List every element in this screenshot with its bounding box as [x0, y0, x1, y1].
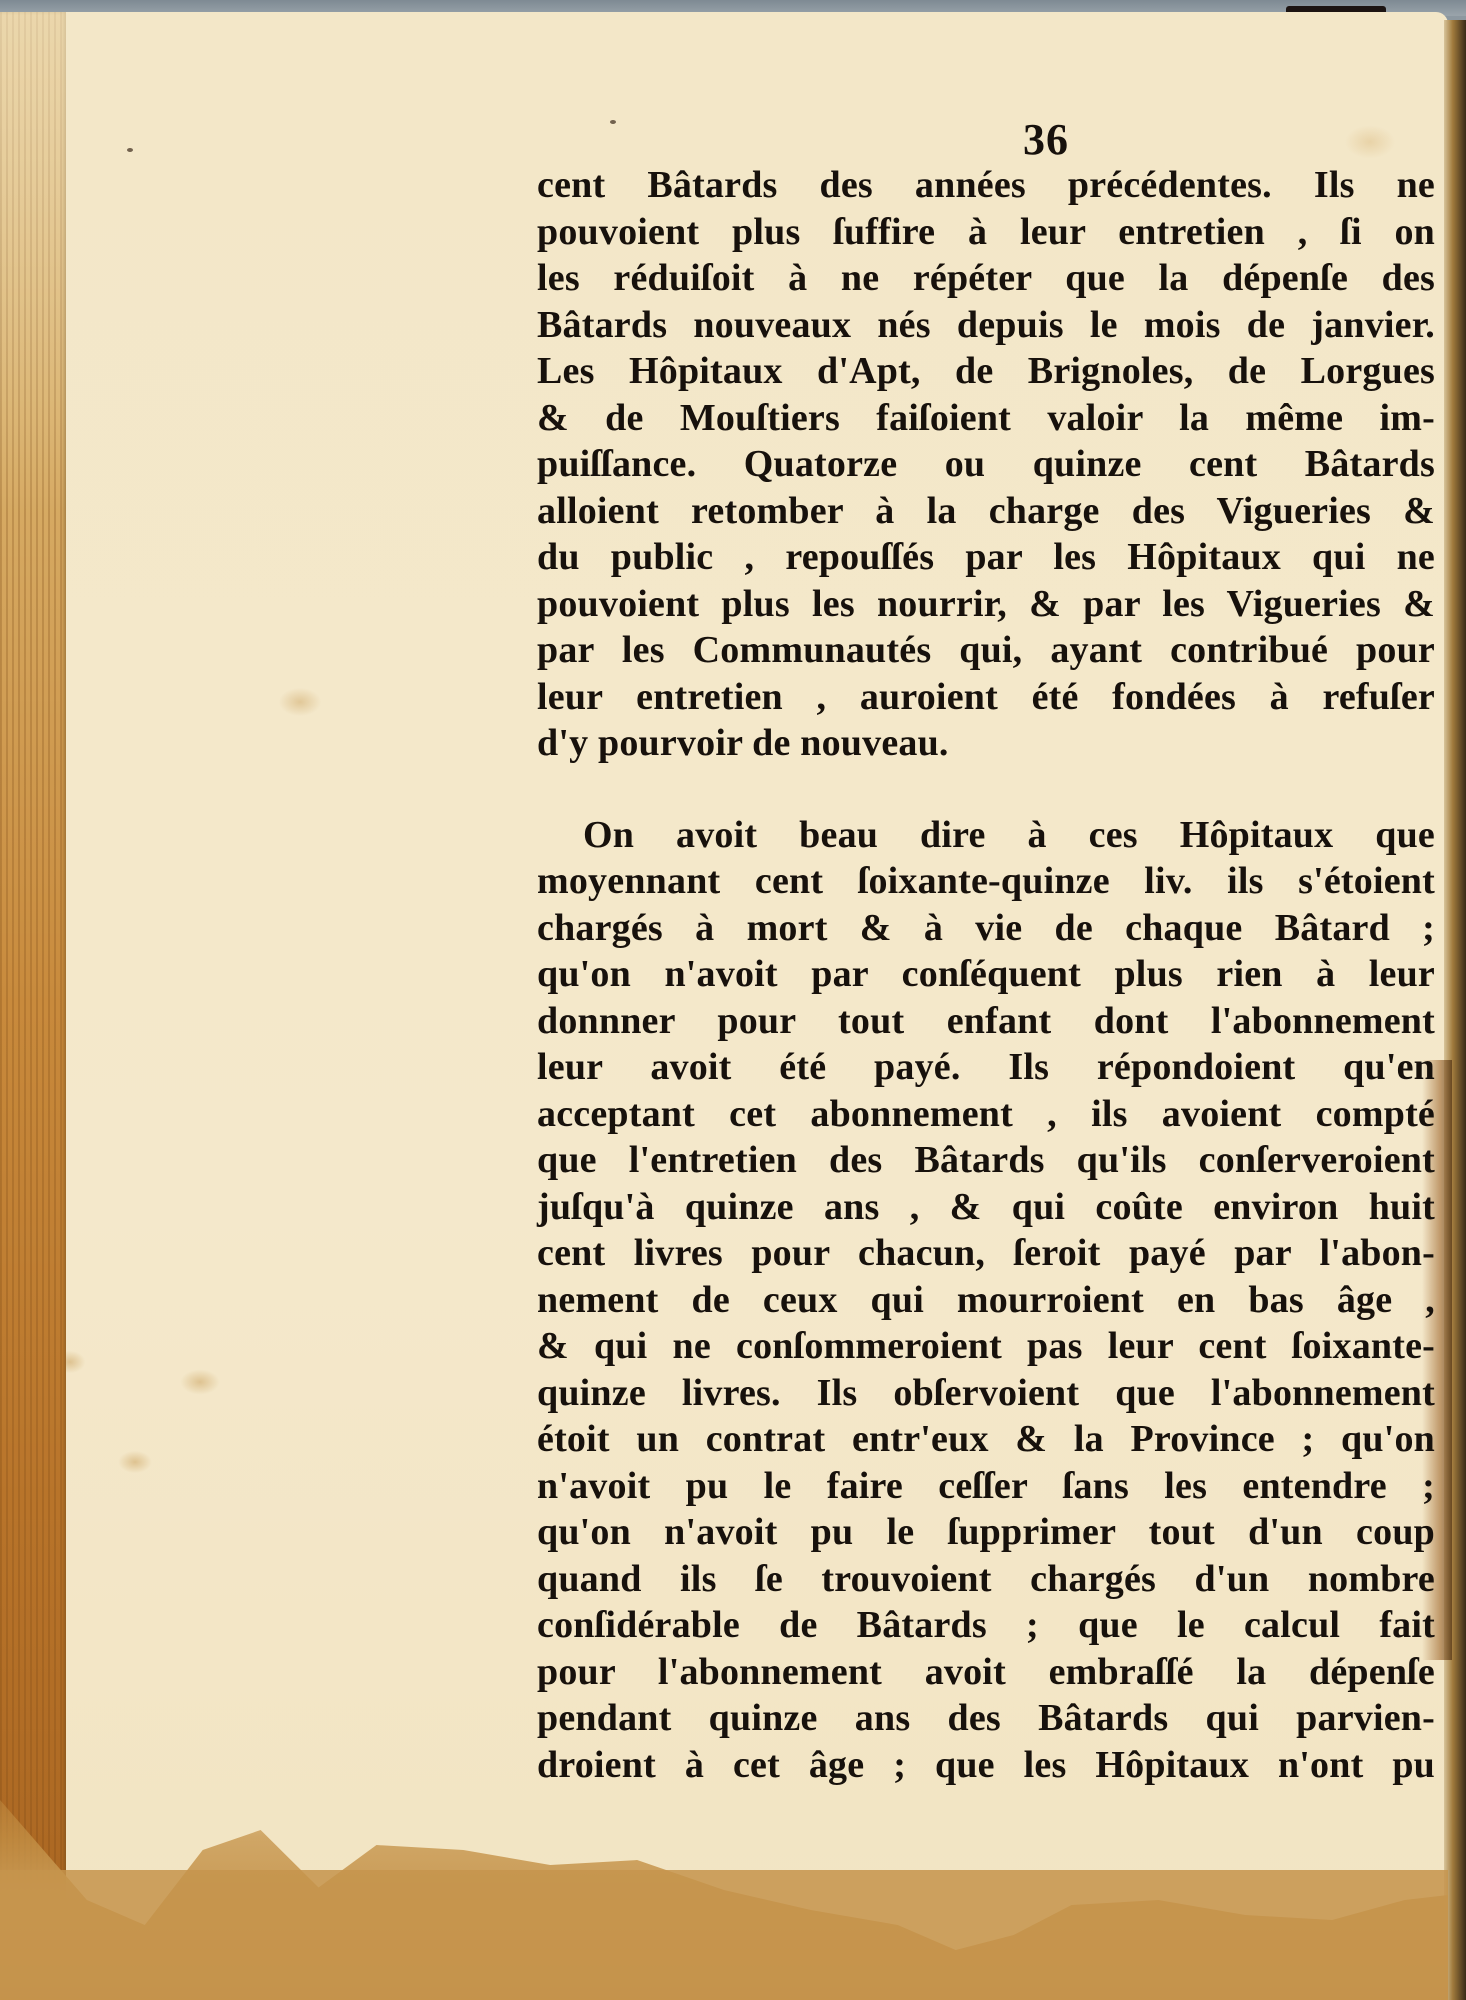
paragraph-1: cent Bâtards des années précédentes. Ils… [537, 162, 1435, 767]
text-line: leur avoit été payé. Ils répondoient qu'… [537, 1044, 1435, 1091]
text-line: conſidérable de Bâtards ; que le calcul … [537, 1602, 1435, 1649]
text-line: puiſſance. Quatorze ou quinze cent Bâtar… [537, 441, 1435, 488]
text-line: par les Communautés qui, ayant contribué… [537, 627, 1435, 674]
text-line: pouvoient plus les nourrir, & par les Vi… [537, 581, 1435, 628]
text-line: juſqu'à quinze ans , & qui coûte environ… [537, 1184, 1435, 1231]
text-line: Les Hôpitaux d'Apt, de Brignoles, de Lor… [537, 348, 1435, 395]
text-line: chargés à mort & à vie de chaque Bâtard … [537, 905, 1435, 952]
page-number: 36 [597, 118, 1466, 162]
text-line: du public , repouſſés par les Hôpitaux q… [537, 534, 1435, 581]
page-fore-edge [1444, 20, 1466, 2000]
text-line: pour l'abonnement avoit embraſſé la dépe… [537, 1649, 1435, 1696]
text-line: donnner pour tout enfant dont l'abonneme… [537, 998, 1435, 1045]
text-line: moyennant cent ſoixante-quinze liv. ils … [537, 858, 1435, 905]
text-line: acceptant cet abonnement , ils avoient c… [537, 1091, 1435, 1138]
text-line: n'avoit pu le faire ceſſer ſans les ente… [537, 1463, 1435, 1510]
text-line: quand ils ſe trouvoient chargés d'un nom… [537, 1556, 1435, 1603]
text-line: pouvoient plus ſuffire à leur entretien … [537, 209, 1435, 256]
text-line: droient à cet âge ; que les Hôpitaux n'o… [537, 1742, 1435, 1789]
text-line: nement de ceux qui mourroient en bas âge… [537, 1277, 1435, 1324]
water-stain-base [0, 1870, 1448, 2000]
paragraph-2: On avoit beau dire à ces Hôpitaux que mo… [537, 812, 1435, 1789]
text-line: alloient retomber à la charge des Viguer… [537, 488, 1435, 535]
text-line: qu'on n'avoit pu le ſupprimer tout d'un … [537, 1509, 1435, 1556]
text-line: cent livres pour chacun, ſeroit payé par… [537, 1230, 1435, 1277]
text-line: qu'on n'avoit par conſéquent plus rien à… [537, 951, 1435, 998]
text-line: les réduiſoit à ne répéter que la dépenſ… [537, 255, 1435, 302]
text-line: & de Mouſtiers faiſoient valoir la même … [537, 395, 1435, 442]
text-line: & qui ne conſommeroient pas leur cent ſo… [537, 1323, 1435, 1370]
page-text: 36 cent Bâtards des années précédentes. … [537, 118, 1435, 1788]
text-line: quinze livres. Ils obſervoient que l'abo… [537, 1370, 1435, 1417]
text-line: étoit un contrat entr'eux & la Province … [537, 1416, 1435, 1463]
text-line: cent Bâtards des années précédentes. Ils… [537, 162, 1435, 209]
ink-speck [127, 148, 133, 152]
text-line: d'y pourvoir de nouveau. [537, 720, 1435, 767]
text-line: leur entretien , auroient été fondées à … [537, 674, 1435, 721]
text-line: que l'entretien des Bâtards qu'ils conſe… [537, 1137, 1435, 1184]
text-line: Bâtards nouveaux nés depuis le mois de j… [537, 302, 1435, 349]
page-gutter-fade [0, 12, 66, 512]
text-line: pendant quinze ans des Bâtards qui parvi… [537, 1695, 1435, 1742]
text-line: On avoit beau dire à ces Hôpitaux que [583, 812, 1435, 859]
